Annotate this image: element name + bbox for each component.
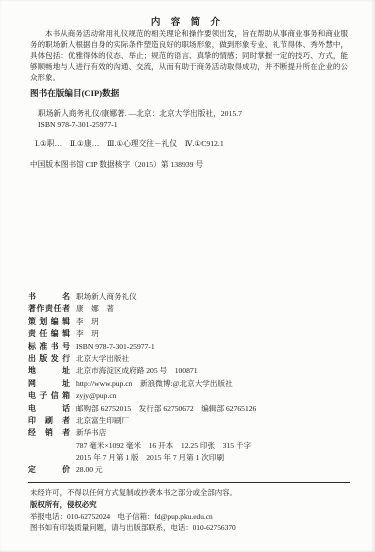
- table-row-book-title: 书名 职场新人商务礼仪: [28, 291, 358, 303]
- colophon-table: 书名 职场新人商务礼仪 著作责任者 康 娜 著 策划编辑 李 玥 责任编辑 李 …: [28, 291, 358, 477]
- row-value: 28.00 元: [76, 464, 103, 476]
- notice-quality-contact-line: 图书如有印装质量问题，请与出版部联系，电话：010-62756370: [30, 522, 350, 534]
- row-value: 北京市海淀区成府路 205 号 100871: [76, 365, 198, 377]
- cip-classification-line: Ⅰ.①职… Ⅱ.①康… Ⅲ.①心理交往－礼仪 Ⅳ.①C912.1: [35, 138, 224, 149]
- row-label: 责任编辑: [28, 328, 70, 340]
- cip-title-line: 职场新人商务礼仪/康娜著. —北京：北京大学出版社，2015.7: [38, 108, 242, 119]
- row-label: 网址: [28, 378, 70, 390]
- row-value: 新华书店: [76, 427, 106, 439]
- row-value: 邮购部 62752015 发行部 62750672 编辑部 62765126: [76, 403, 256, 415]
- table-row-author: 著作责任者 康 娜 著: [28, 303, 358, 315]
- row-value: 2015 年 7 月第 1 版 2015 年 7 月第 1 次印刷: [76, 452, 224, 464]
- row-label: 书名: [28, 291, 70, 303]
- divider-rule: [28, 482, 350, 483]
- copyright-page: 内 容 简 介 本书从商务活动常用礼仪规范的相关理论和操作要领出发，旨在帮助从事…: [0, 0, 375, 552]
- table-row-distributor: 经销者 新华书店: [28, 427, 358, 439]
- content-summary-paragraph: 本书从商务活动常用礼仪规范的相关理论和操作要领出发，旨在帮助从事商业事务和商业服…: [30, 29, 348, 84]
- table-row-website: 网址 http://www.pup.cn 新浪微博:@北京大学出版社: [28, 378, 358, 390]
- row-value: zyjy@pup.cn: [76, 390, 117, 402]
- table-row-responsible-editor: 责任编辑 李 玥: [28, 328, 358, 340]
- row-value: 李 玥: [76, 328, 99, 340]
- table-row-price: 定价 28.00 元: [28, 464, 358, 476]
- table-row-isbn: 标准书号 ISBN 978-7-301-25977-1: [28, 341, 358, 353]
- cip-heading: 图书在版编目(CIP)数据: [30, 87, 119, 99]
- copyright-notice: 未经许可，不得以任何方式复制或抄袭本书之部分或全部内容。 版权所有，侵权必究 举…: [30, 487, 350, 534]
- row-value: 李 玥: [76, 316, 99, 328]
- notice-rights-reserved-line: 版权所有，侵权必究: [30, 499, 350, 511]
- table-row-printer: 印刷者 北京富生印刷厂: [28, 415, 358, 427]
- table-row-phone: 电话 邮购部 62752015 发行部 62750672 编辑部 6276512…: [28, 403, 358, 415]
- table-row-planning-editor: 策划编辑 李 玥: [28, 316, 358, 328]
- row-label: 地址: [28, 365, 70, 377]
- cip-isbn-line: ISBN 978-7-301-25977-1: [38, 120, 118, 129]
- content-summary-heading: 内 容 简 介: [0, 14, 375, 28]
- notice-report-contact-line: 举报电话：010-62752024 电子信箱：fd@pup.pku.edu.cn: [30, 511, 350, 523]
- row-label: 策划编辑: [28, 316, 70, 328]
- row-label: 印刷者: [28, 415, 70, 427]
- row-label: 著作责任者: [28, 303, 70, 315]
- row-value: 787 毫米×1092 毫米 16 开本 12.25 印张 315 千字: [76, 440, 251, 452]
- row-value: http://www.pup.cn 新浪微博:@北京大学出版社: [76, 378, 233, 390]
- table-row-email: 电子信箱 zyjy@pup.cn: [28, 390, 358, 402]
- cip-record-number-line: 中国版本图书馆 CIP 数据核字（2015）第 138939 号: [30, 159, 203, 170]
- row-label: 标准书号: [28, 341, 70, 353]
- row-value: ISBN 978-7-301-25977-1: [76, 341, 155, 353]
- table-row-address: 地址 北京市海淀区成府路 205 号 100871: [28, 365, 358, 377]
- row-label: 出版发行: [28, 353, 70, 365]
- row-value: 北京富生印刷厂: [76, 415, 129, 427]
- row-label: 定价: [28, 464, 70, 476]
- row-label: 电子信箱: [28, 390, 70, 402]
- table-row-edition: 2015 年 7 月第 1 版 2015 年 7 月第 1 次印刷: [28, 452, 358, 464]
- row-label: 电话: [28, 403, 70, 415]
- notice-no-copy-line: 未经许可，不得以任何方式复制或抄袭本书之部分或全部内容。: [30, 487, 350, 499]
- row-value: 北京大学出版社: [76, 353, 129, 365]
- table-row-publisher: 出版发行 北京大学出版社: [28, 353, 358, 365]
- table-row-format: 787 毫米×1092 毫米 16 开本 12.25 印张 315 千字: [28, 440, 358, 452]
- row-value: 康 娜 著: [76, 303, 114, 315]
- row-value: 职场新人商务礼仪: [76, 291, 137, 303]
- row-label: 经销者: [28, 427, 70, 439]
